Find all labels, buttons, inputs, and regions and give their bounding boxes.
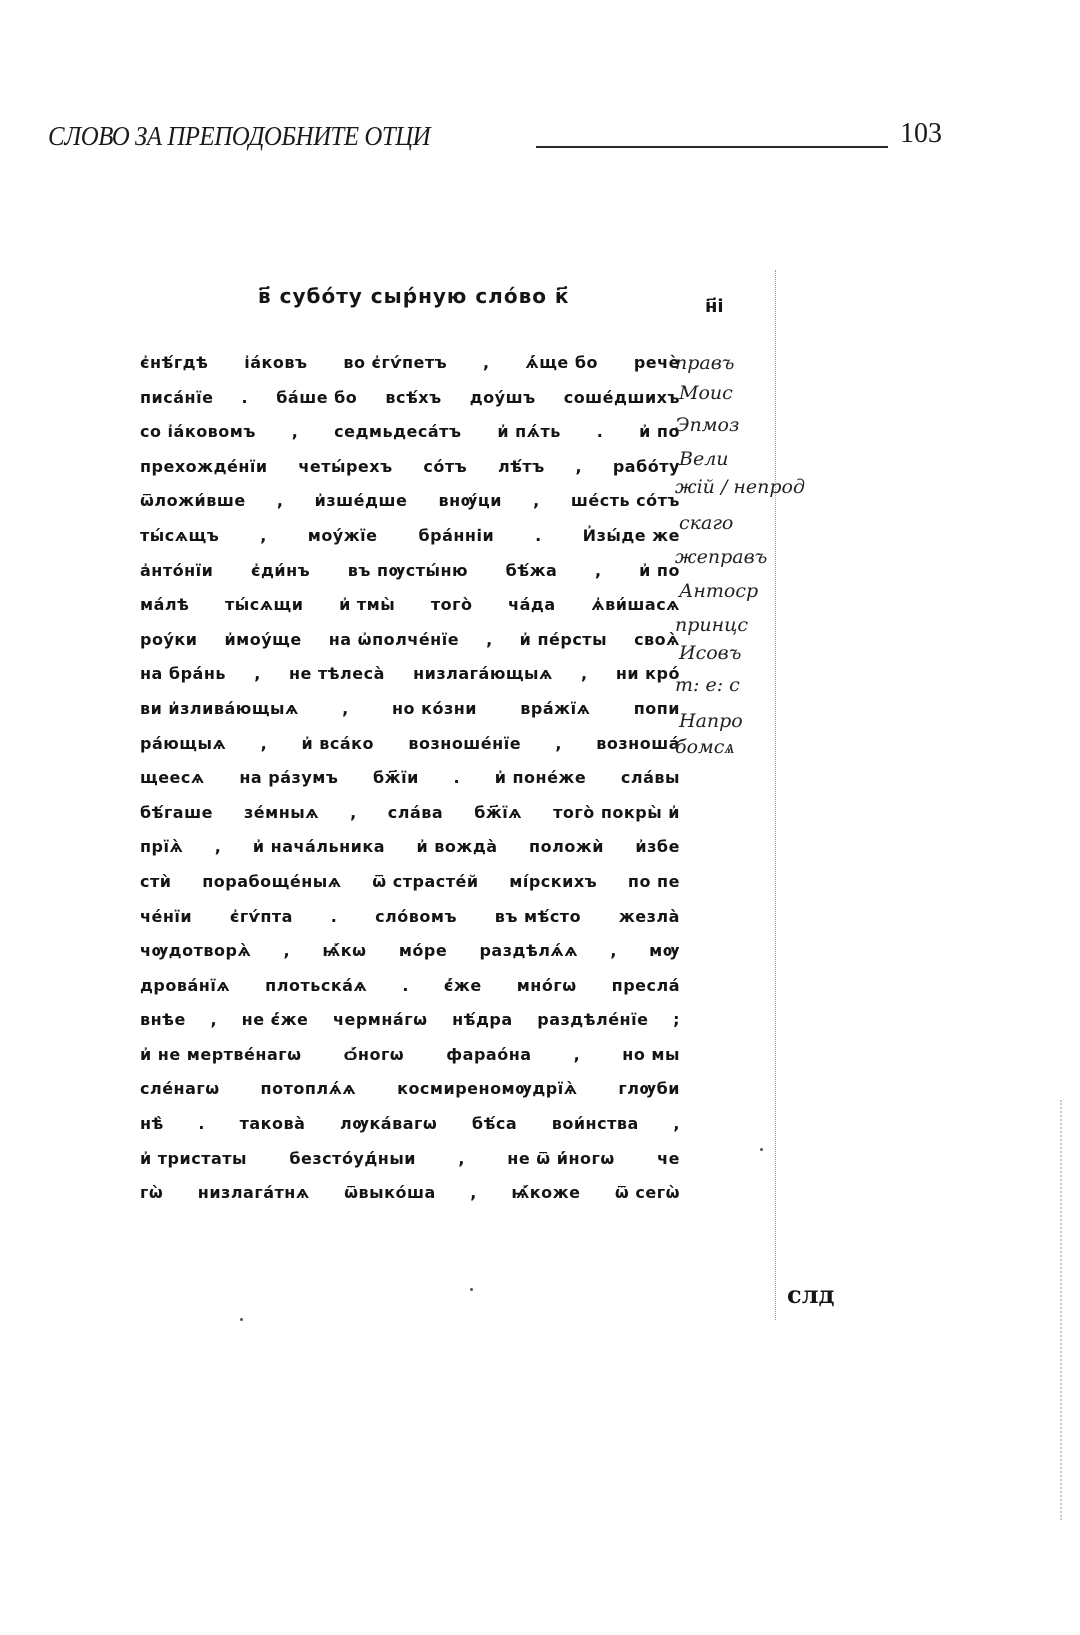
facsimile-word: бж҃їи — [373, 761, 419, 796]
facsimile-word: , — [284, 934, 291, 969]
margin-note: жеправъ — [675, 546, 767, 568]
facsimile-word: и҆зше́дше — [315, 484, 408, 519]
facsimile-line: нѣ̀.такова̀лѹка́вагѡбѣ́савои́нства, — [140, 1107, 680, 1142]
margin-note: Моис — [679, 382, 733, 404]
facsimile-word: бѣ́гаше — [140, 796, 213, 831]
facsimile-line: писа́нїе.ба́ше бовсѣ́хъдоу́шъсоше́дшихъ — [140, 381, 680, 416]
facsimile-word: бж҃їѧ — [474, 796, 522, 831]
facsimile-word: є҆нѣ́гдѣ — [140, 346, 208, 381]
facsimile-word: и҆ поне́же — [495, 761, 587, 796]
facsimile-word: мі́рскихъ — [509, 865, 597, 900]
scan-speck — [760, 1148, 763, 1151]
facsimile-word: ба́ше бо — [276, 381, 357, 416]
facsimile-word: въ пѹсты́ню — [348, 554, 468, 589]
facsimile-word: порабоще́ныѧ — [202, 865, 341, 900]
facsimile-word: безсто́уд́ныи — [289, 1142, 416, 1177]
margin-note: Вели — [679, 448, 729, 470]
facsimile-word: и҆ пѧ́ть — [497, 415, 561, 450]
facsimile-word: и҆ по — [639, 554, 680, 589]
margin-note: т: е: с — [675, 674, 740, 696]
facsimile-word: , — [486, 623, 493, 658]
facsimile-word: прїѧ̀ — [140, 830, 183, 865]
facsimile-word: , — [260, 519, 267, 554]
scan-edge-line-far — [1060, 1100, 1062, 1520]
facsimile-word: . — [535, 519, 542, 554]
facsimile-word: не ѿ и҆́ногѡ — [507, 1142, 614, 1177]
facsimile-word: на ѡ҆полче́нїе — [329, 623, 459, 658]
facsimile-word: И҆зы́де же — [583, 519, 680, 554]
facsimile-word: ра́ющыѧ — [140, 727, 226, 762]
facsimile-word: . — [198, 1107, 205, 1142]
facsimile-heading: в҃ субо́ту сыр́ную сло́во к҃ — [258, 284, 570, 308]
facsimile-word: того̀ покры̀ и҆ — [553, 796, 680, 831]
facsimile-word: и҆ тмы̀ — [339, 588, 395, 623]
margin-note: Напро — [679, 710, 743, 732]
facsimile-word: речѐ — [634, 346, 680, 381]
facsimile-word: возноша́ — [596, 727, 680, 762]
facsimile-word: сла́вы — [621, 761, 680, 796]
margin-note: Эпмоз — [675, 414, 739, 436]
facsimile-word: , — [254, 657, 261, 692]
running-title: СЛОВО ЗА ПРЕПОДОБНИТЕ ОТЦИ — [48, 121, 430, 152]
facsimile-word: є҆гѵ́пта — [230, 900, 293, 935]
facsimile-word: не є҆́же — [242, 1003, 309, 1038]
facsimile-word: и҆ по — [639, 415, 680, 450]
facsimile-word: и҆моу́ще — [224, 623, 301, 658]
facsimile-word: внѣе — [140, 1003, 186, 1038]
facsimile-word: не тѣлеса̀ — [289, 657, 385, 692]
facsimile-word: , — [581, 657, 588, 692]
facsimile-word: , — [576, 450, 583, 485]
facsimile-word: рабо́ту — [613, 450, 680, 485]
facsimile-line: че́нїиє҆гѵ́пта.сло́вомъвъ мѣ́стожезла̀ — [140, 900, 680, 935]
margin-note: Исовъ — [679, 642, 741, 664]
facsimile-word: . — [597, 415, 604, 450]
facsimile-word: ѧ҆ви́шасѧ — [591, 588, 680, 623]
facsimile-word: ше́сть со́тъ — [571, 484, 680, 519]
facsimile-word: , — [533, 484, 540, 519]
facsimile-line: ви и҆злива́ющыѧ,но ко́знивра́жїѧпопи — [140, 692, 680, 727]
facsimile-word: ѩ҆́кѡ — [322, 934, 366, 969]
facsimile-word: и҆ вса́ко — [301, 727, 374, 762]
facsimile-word: . — [402, 969, 409, 1004]
facsimile-word: бра́нніи — [418, 519, 494, 554]
facsimile-line: и҆ не мертве́нагѡѻ҆́ногѡфарао́на,но мы — [140, 1038, 680, 1073]
facsimile-folio-number: н҃і — [705, 296, 724, 317]
scan-speck — [240, 1318, 243, 1321]
facsimile-word: всѣ́хъ — [385, 381, 441, 416]
facsimile-word: , — [215, 830, 222, 865]
facsimile-word: фарао́на — [446, 1038, 531, 1073]
margin-note: правъ — [675, 352, 734, 374]
facsimile-word: прехожде́нїи — [140, 450, 268, 485]
facsimile-word: писа́нїе — [140, 381, 213, 416]
facsimile-word: мо́ре — [399, 934, 447, 969]
facsimile-word: і҆а́ковъ — [244, 346, 307, 381]
facsimile-line: на бра́нь,не тѣлеса̀низлага́ющыѧ,ни кро́ — [140, 657, 680, 692]
facsimile-word: потоплѧ́ѧ — [261, 1072, 357, 1107]
facsimile-word: че́нїи — [140, 900, 192, 935]
facsimile-line: ты́сѧщъ,моу́жїебра́нніи.И҆зы́де же — [140, 519, 680, 554]
facsimile-word: жезла̀ — [619, 900, 680, 935]
facsimile-line: є҆нѣ́гдѣі҆а́ковъво є҆гѵ́петъ,ѧ҆́ще бореч… — [140, 346, 680, 381]
margin-note: бомсѧ — [675, 736, 735, 759]
facsimile-word: ѻ҆́ногѡ — [344, 1038, 405, 1073]
facsimile-word: , — [458, 1142, 465, 1177]
facsimile-word: раздѣлѧ́ѧ — [479, 934, 578, 969]
facsimile-word: ма́лѣ — [140, 588, 189, 623]
facsimile-word: . — [453, 761, 460, 796]
facsimile-word: на бра́нь — [140, 657, 226, 692]
facsimile-line: бѣ́гашезе́мныѧ,сла́вабж҃їѧтого̀ покры̀ и… — [140, 796, 680, 831]
facsimile-line: дрова́нїѧплотьска́ѧ.є҆́жемно́гѡпресла́ — [140, 969, 680, 1004]
facsimile-word: доу́шъ — [470, 381, 536, 416]
facsimile-word: , — [277, 484, 284, 519]
facsimile-word: чермна́гѡ — [333, 1003, 427, 1038]
margin-note: скаго — [679, 512, 733, 534]
facsimile-word: но мы — [622, 1038, 680, 1073]
facsimile-word: , — [261, 727, 268, 762]
facsimile-word: бѣ́са — [472, 1107, 517, 1142]
facsimile-word: со́тъ — [423, 450, 467, 485]
facsimile-line: чѹдотворѧ̀,ѩ҆́кѡмо́рераздѣлѧ́ѧ,мѹ — [140, 934, 680, 969]
facsimile-word: моу́жїе — [308, 519, 378, 554]
facsimile-word: є҆́же — [444, 969, 482, 1004]
facsimile-line: гѡ̀низлага́тнѧѿвыко́ша,ѩ҆́кожеѿ сегѡ̀ — [140, 1176, 680, 1211]
facsimile-word: лѹка́вагѡ — [340, 1107, 437, 1142]
facsimile-word: положѝ — [529, 830, 604, 865]
facsimile-word: того̀ — [431, 588, 473, 623]
facsimile-word: ѧ҆́ще бо — [525, 346, 598, 381]
facsimile-word: , — [574, 1038, 581, 1073]
facsimile-word: нѣ̀ — [140, 1107, 164, 1142]
facsimile-word: вра́жїѧ — [520, 692, 590, 727]
facsimile-word: че — [657, 1142, 680, 1177]
facsimile-word: ча́да — [508, 588, 556, 623]
facsimile-word: є҆ди́нъ — [251, 554, 310, 589]
facsimile-word: со і҆а́ковомъ — [140, 415, 256, 450]
facsimile-word: щеесѧ — [140, 761, 205, 796]
facsimile-word: вои́нства — [552, 1107, 639, 1142]
facsimile-word: ни кро́ — [616, 657, 680, 692]
facsimile-word: ѩ҆́коже — [511, 1176, 580, 1211]
facsimile-word: въ мѣ́сто — [495, 900, 581, 935]
facsimile-word: и҆ тристаты — [140, 1142, 247, 1177]
facsimile-word: попи — [634, 692, 680, 727]
facsimile-word: и҆ пе́рсты — [520, 623, 607, 658]
facsimile-word: ты́сѧщи — [225, 588, 303, 623]
facsimile-word: нѣ́дра — [452, 1003, 513, 1038]
facsimile-line: со і҆а́ковомъ,седмьдеса́тъи҆ пѧ́ть.и҆ по — [140, 415, 680, 450]
facsimile-word: и҆збе — [635, 830, 680, 865]
facsimile-word: мѹ — [649, 934, 680, 969]
facsimile-word: стѝ — [140, 865, 171, 900]
facsimile-word: , — [350, 796, 357, 831]
facsimile-word: во є҆гѵ́петъ — [343, 346, 447, 381]
facsimile-word: , — [483, 346, 490, 381]
facsimile-word: соше́дшихъ — [564, 381, 680, 416]
facsimile-word: и҆ не мертве́нагѡ — [140, 1038, 302, 1073]
facsimile-line: стѝпорабоще́ныѧѿ страсте́ймі́рскихъпо пе — [140, 865, 680, 900]
facsimile-word: глѹби — [618, 1072, 680, 1107]
facsimile-line: щеесѧна ра́зумъбж҃їи.и҆ поне́жесла́вы — [140, 761, 680, 796]
facsimile-line: сле́нагѡпотоплѧ́ѧкосмиреномѹдрїѧ̀глѹби — [140, 1072, 680, 1107]
facsimile-line: роу́кии҆моу́щена ѡ҆полче́нїе,и҆ пе́рстыс… — [140, 623, 680, 658]
running-head-rule — [536, 146, 888, 148]
facsimile-word: ѿвыко́ша — [344, 1176, 436, 1211]
facsimile-word: ѿ страсте́й — [372, 865, 478, 900]
facsimile-word: пресла́ — [612, 969, 680, 1004]
facsimile-word: , — [342, 692, 349, 727]
facsimile-word: ви и҆злива́ющыѧ — [140, 692, 299, 727]
facsimile-word: седмьдеса́тъ — [334, 415, 461, 450]
facsimile-line: ра́ющыѧ,и҆ вса́ковозноше́нїе,возноша́ — [140, 727, 680, 762]
facsimile-word: ѿложи́вше — [140, 484, 246, 519]
facsimile-word: на ра́зумъ — [239, 761, 338, 796]
facsimile-word: ѿ сегѡ̀ — [615, 1176, 680, 1211]
facsimile-word: зе́мныѧ — [244, 796, 319, 831]
facsimile-word: низлага́тнѧ — [198, 1176, 310, 1211]
facsimile-word: космиреномѹдрїѧ̀ — [397, 1072, 577, 1107]
facsimile-line: прїѧ̀,и҆ нача́льникаи҆ вожда̀положѝи҆збе — [140, 830, 680, 865]
facsimile-word: мно́гѡ — [517, 969, 577, 1004]
facsimile-word: а҆нто́нїи — [140, 554, 213, 589]
running-head: СЛОВО ЗА ПРЕПОДОБНИТЕ ОТЦИ 103 — [48, 112, 896, 152]
facsimile-line: прехожде́нїичеты́рехъсо́тълѣ́тъ,рабо́ту — [140, 450, 680, 485]
facsimile-word: гѡ̀ — [140, 1176, 163, 1211]
facsimile-word: такова̀ — [240, 1107, 306, 1142]
facsimile-line: ѿложи́вше,и҆зше́дшевнѹ́ци,ше́сть со́тъ — [140, 484, 680, 519]
facsimile-word: , — [210, 1003, 217, 1038]
facsimile-word: раздѣле́нїе — [537, 1003, 648, 1038]
facsimile-line: внѣе,не є҆́жечермна́гѡнѣ́драраздѣле́нїе; — [140, 1003, 680, 1038]
facsimile-word: своѧ̀ — [634, 623, 680, 658]
facsimile-word: . — [242, 381, 249, 416]
facsimile-word: , — [673, 1107, 680, 1142]
facsimile-word: низлага́ющыѧ — [413, 657, 553, 692]
facsimile-line: а҆нто́нїиє҆ди́нъвъ пѹсты́нюбѣ́жа,и҆ по — [140, 554, 680, 589]
facsimile-word: , — [470, 1176, 477, 1211]
margin-note: жій / непрод — [675, 476, 805, 498]
margin-note: Антоср — [679, 580, 758, 602]
manuscript-facsimile: в҃ субо́ту сыр́ную сло́во к҃ н҃і є҆нѣ́гд… — [140, 270, 790, 1300]
facsimile-word: лѣ́тъ — [498, 450, 545, 485]
catchword: слд — [787, 1280, 835, 1309]
facsimile-word: и҆ нача́льника — [253, 830, 385, 865]
facsimile-word: возноше́нїе — [408, 727, 521, 762]
facsimile-word: , — [292, 415, 299, 450]
facsimile-word: дрова́нїѧ — [140, 969, 230, 1004]
facsimile-line: ма́лѣты́сѧщии҆ тмы̀того̀ча́даѧ҆ви́шасѧ — [140, 588, 680, 623]
facsimile-text-block: є҆нѣ́гдѣі҆а́ковъво є҆гѵ́петъ,ѧ҆́ще бореч… — [140, 346, 680, 1211]
facsimile-line: и҆ тристатыбезсто́уд́ныи,не ѿ и҆́ногѡче — [140, 1142, 680, 1177]
facsimile-word: , — [595, 554, 602, 589]
facsimile-word: , — [610, 934, 617, 969]
facsimile-word: но ко́зни — [392, 692, 477, 727]
facsimile-word: сле́нагѡ — [140, 1072, 220, 1107]
scan-speck — [470, 1288, 473, 1291]
facsimile-word: ты́сѧщъ — [140, 519, 219, 554]
facsimile-word: сла́ва — [388, 796, 443, 831]
scan-edge-line — [775, 270, 776, 1320]
facsimile-word: плотьска́ѧ — [265, 969, 367, 1004]
facsimile-word: четы́рехъ — [298, 450, 392, 485]
facsimile-word: по пе — [628, 865, 680, 900]
facsimile-word: чѹдотворѧ̀ — [140, 934, 251, 969]
facsimile-word: бѣ́жа — [506, 554, 558, 589]
facsimile-word: роу́ки — [140, 623, 197, 658]
facsimile-word: , — [555, 727, 562, 762]
facsimile-word: и҆ вожда̀ — [417, 830, 498, 865]
page-number: 103 — [900, 118, 942, 150]
facsimile-word: внѹ́ци — [438, 484, 501, 519]
facsimile-word: сло́вомъ — [375, 900, 457, 935]
facsimile-word: . — [331, 900, 338, 935]
facsimile-word: ; — [673, 1003, 680, 1038]
margin-note: принцс — [675, 614, 748, 636]
